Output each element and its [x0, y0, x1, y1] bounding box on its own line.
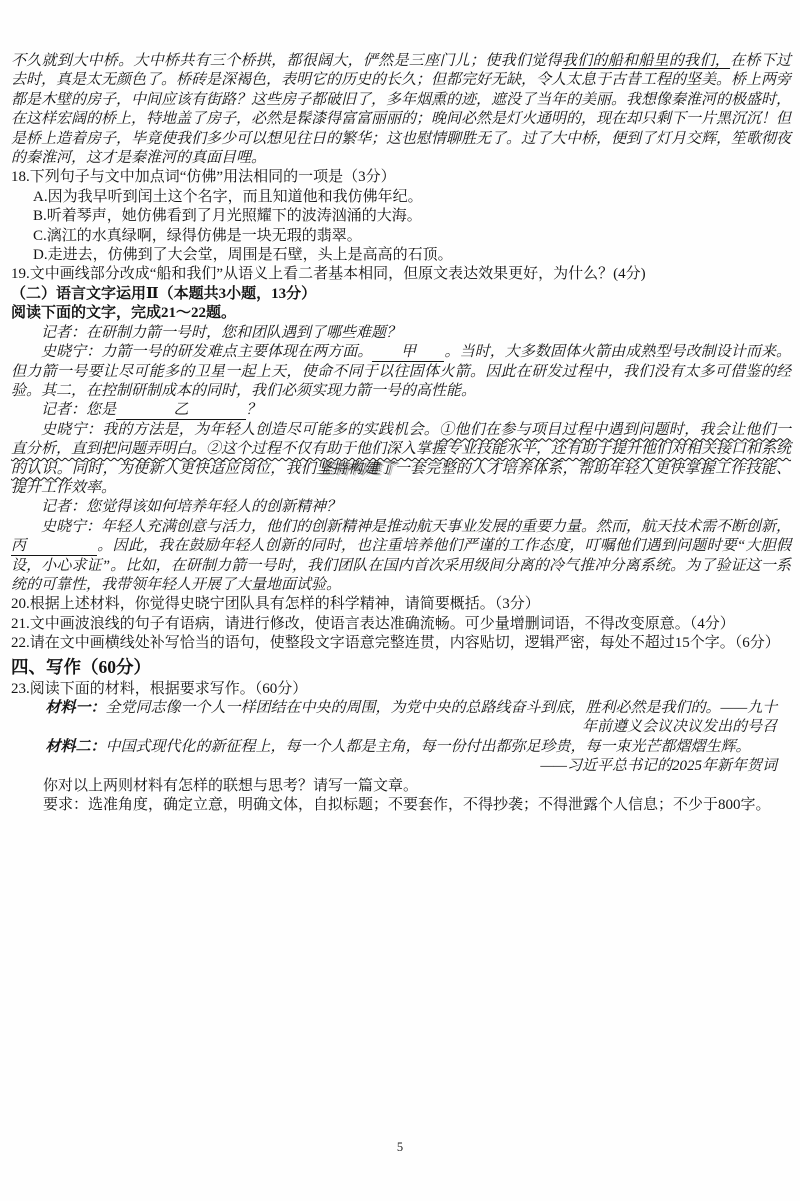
material-1-attribution: 年前遵义会议决议发出的号召	[11, 718, 791, 737]
interviewer-question-1: 记者：在研制力箭一号时，您和团队遇到了哪些难题？	[11, 324, 791, 343]
material-1-text: 全党同志像一个人一样团结在中央的周围，为党中央的总路线奋斗到底，胜利必然是我们的…	[106, 700, 778, 716]
blank-jia-label: 甲	[401, 344, 416, 360]
answer-3-text-post: 。因此，我在鼓励年轻人创新的同时，也注重培养他们严谨的工作态度，叮嘱他们遇到问题…	[11, 538, 791, 593]
passage-text-post: 在桥下过去时，真是太无颜色了。桥砖是深褐色，表明它的历史的长久；但都完好无缺，令…	[11, 53, 791, 166]
answer-2-text-mid: 同时，为使新人更快适应岗位，我们	[72, 461, 316, 477]
blank-jia: 甲	[372, 345, 444, 362]
interviewer-question-3: 记者：您觉得该如何培养年轻人的创新精神？	[11, 498, 791, 517]
question-23: 23.阅读下面的材料，根据要求写作。（60分）	[11, 680, 791, 699]
blank-bing-label: 丙	[11, 538, 26, 554]
blank-yi-label: 乙	[174, 402, 189, 418]
section-4-heading: 四、写作（60分）	[11, 654, 791, 680]
question-18-option-c: C.漓江的水真绿啊，绿得仿佛是一块无瑕的翡翠。	[11, 227, 791, 246]
blank-yi: 乙	[116, 403, 246, 420]
question-20: 20.根据上述材料，你觉得史晓宁团队具有怎样的科学精神，请简要概括。（3分）	[11, 595, 791, 614]
expert-answer-3: 史晓宁：年轻人充满创意与活力，他们的创新精神是推动航天事业发展的重要力量。然而，…	[11, 518, 791, 596]
question-18-option-b: B.听着琴声，她仿佛看到了月光照耀下的波涛汹涌的大海。	[11, 207, 791, 226]
exam-content: 不久就到大中桥。大中桥共有三个桥拱，都很阔大，俨然是三座门儿；使我们觉得我们的船…	[11, 52, 791, 815]
material-2: 材料二：中国式现代化的新征程上，每一个人都是主角，每一份付出都弥足珍贵，每一束光…	[11, 738, 791, 757]
expert-answer-2: 史晓宁：我的方法是，为年轻人创造尽可能多的实践机会。①他们在参与项目过程中遇到问…	[11, 421, 791, 499]
material-2-attribution: ——习近平总书记的2025年新年贺词	[11, 757, 791, 776]
expert-answer-1: 史晓宁：力箭一号的研发难点主要体现在两方面。甲。当时，大多数固体火箭由成熟型号改…	[11, 343, 791, 401]
overprinted-text: 坚持构建了	[316, 461, 395, 477]
answer-1-text-pre: 史晓宁：力箭一号的研发难点主要体现在两方面。	[41, 344, 372, 360]
material-1: 材料一：全党同志像一个人一样团结在中央的周围，为党中央的总路线奋斗到底，胜利必然…	[11, 699, 791, 718]
question-22: 22.请在文中画横线处补写恰当的语句，使整段文字语意完整连贯，内容贴切，逻辑严密…	[11, 634, 791, 653]
blank-bing: 丙	[11, 539, 97, 556]
essay-requirements: 要求：选准角度，确定立意，明确文体，自拟标题；不要套作，不得抄袭；不得泄露个人信…	[43, 796, 791, 815]
question-18-stem: 18.下列句子与文中加点词“仿佛”用法相同的一项是（3分）	[11, 168, 791, 187]
underlined-phrase: 我们的船和船里的我们，	[562, 53, 730, 69]
interviewer-question-2: 记者：您是乙？	[11, 401, 791, 420]
question-18-option-a: A.因为我早听到闰土这个名字，而且知道他和我仿佛年纪。	[11, 188, 791, 207]
reading-passage: 不久就到大中桥。大中桥共有三个桥拱，都很阔大，俨然是三座门儿；使我们觉得我们的船…	[11, 52, 791, 168]
essay-prompt: 你对以上两则材料有怎样的联想与思考？请写一篇文章。	[43, 777, 791, 796]
question-21: 21.文中画波浪线的句子有语病，请进行修改，使语言表达准确流畅。可少量增删词语，…	[11, 615, 791, 634]
section-2-heading: （二）语言文字运用Ⅱ（本题共3小题，13分）	[11, 285, 791, 304]
question-19: 19.文中画线部分改成“船和我们”从语义上看二者基本相同，但原文表达效果更好，为…	[11, 265, 791, 284]
passage-text-pre: 不久就到大中桥。大中桥共有三个桥拱，都很阔大，俨然是三座门儿；使我们觉得	[11, 53, 562, 69]
question-18-option-d: D.走进去，仿佛到了大会堂，周围是石壁，头上是高高的石顶。	[11, 246, 791, 265]
material-2-label: 材料二：	[46, 739, 106, 755]
answer-2-text-pre: 史晓宁：我的方法是，为年轻人创造尽可能多的实践机会。	[41, 422, 439, 438]
exam-page: 不久就到大中桥。大中桥共有三个桥拱，都很阔大，俨然是三座门儿；使我们觉得我们的船…	[0, 0, 800, 1201]
question-2-text-pre: 记者：您是	[41, 402, 116, 418]
material-1-label: 材料一：	[46, 700, 106, 716]
question-2-text-post: ？	[246, 402, 261, 418]
page-number: 5	[0, 1138, 800, 1157]
answer-3-text-pre: 史晓宁：年轻人充满创意与活力，他们的创新精神是推动航天事业发展的重要力量。然而，…	[41, 519, 791, 535]
material-2-text: 中国式现代化的新征程上，每一个人都是主角，每一份付出都弥足珍贵，每一束光芒都熠熠…	[106, 739, 751, 755]
section-2-subheading: 阅读下面的文字，完成21～22题。	[11, 304, 791, 323]
